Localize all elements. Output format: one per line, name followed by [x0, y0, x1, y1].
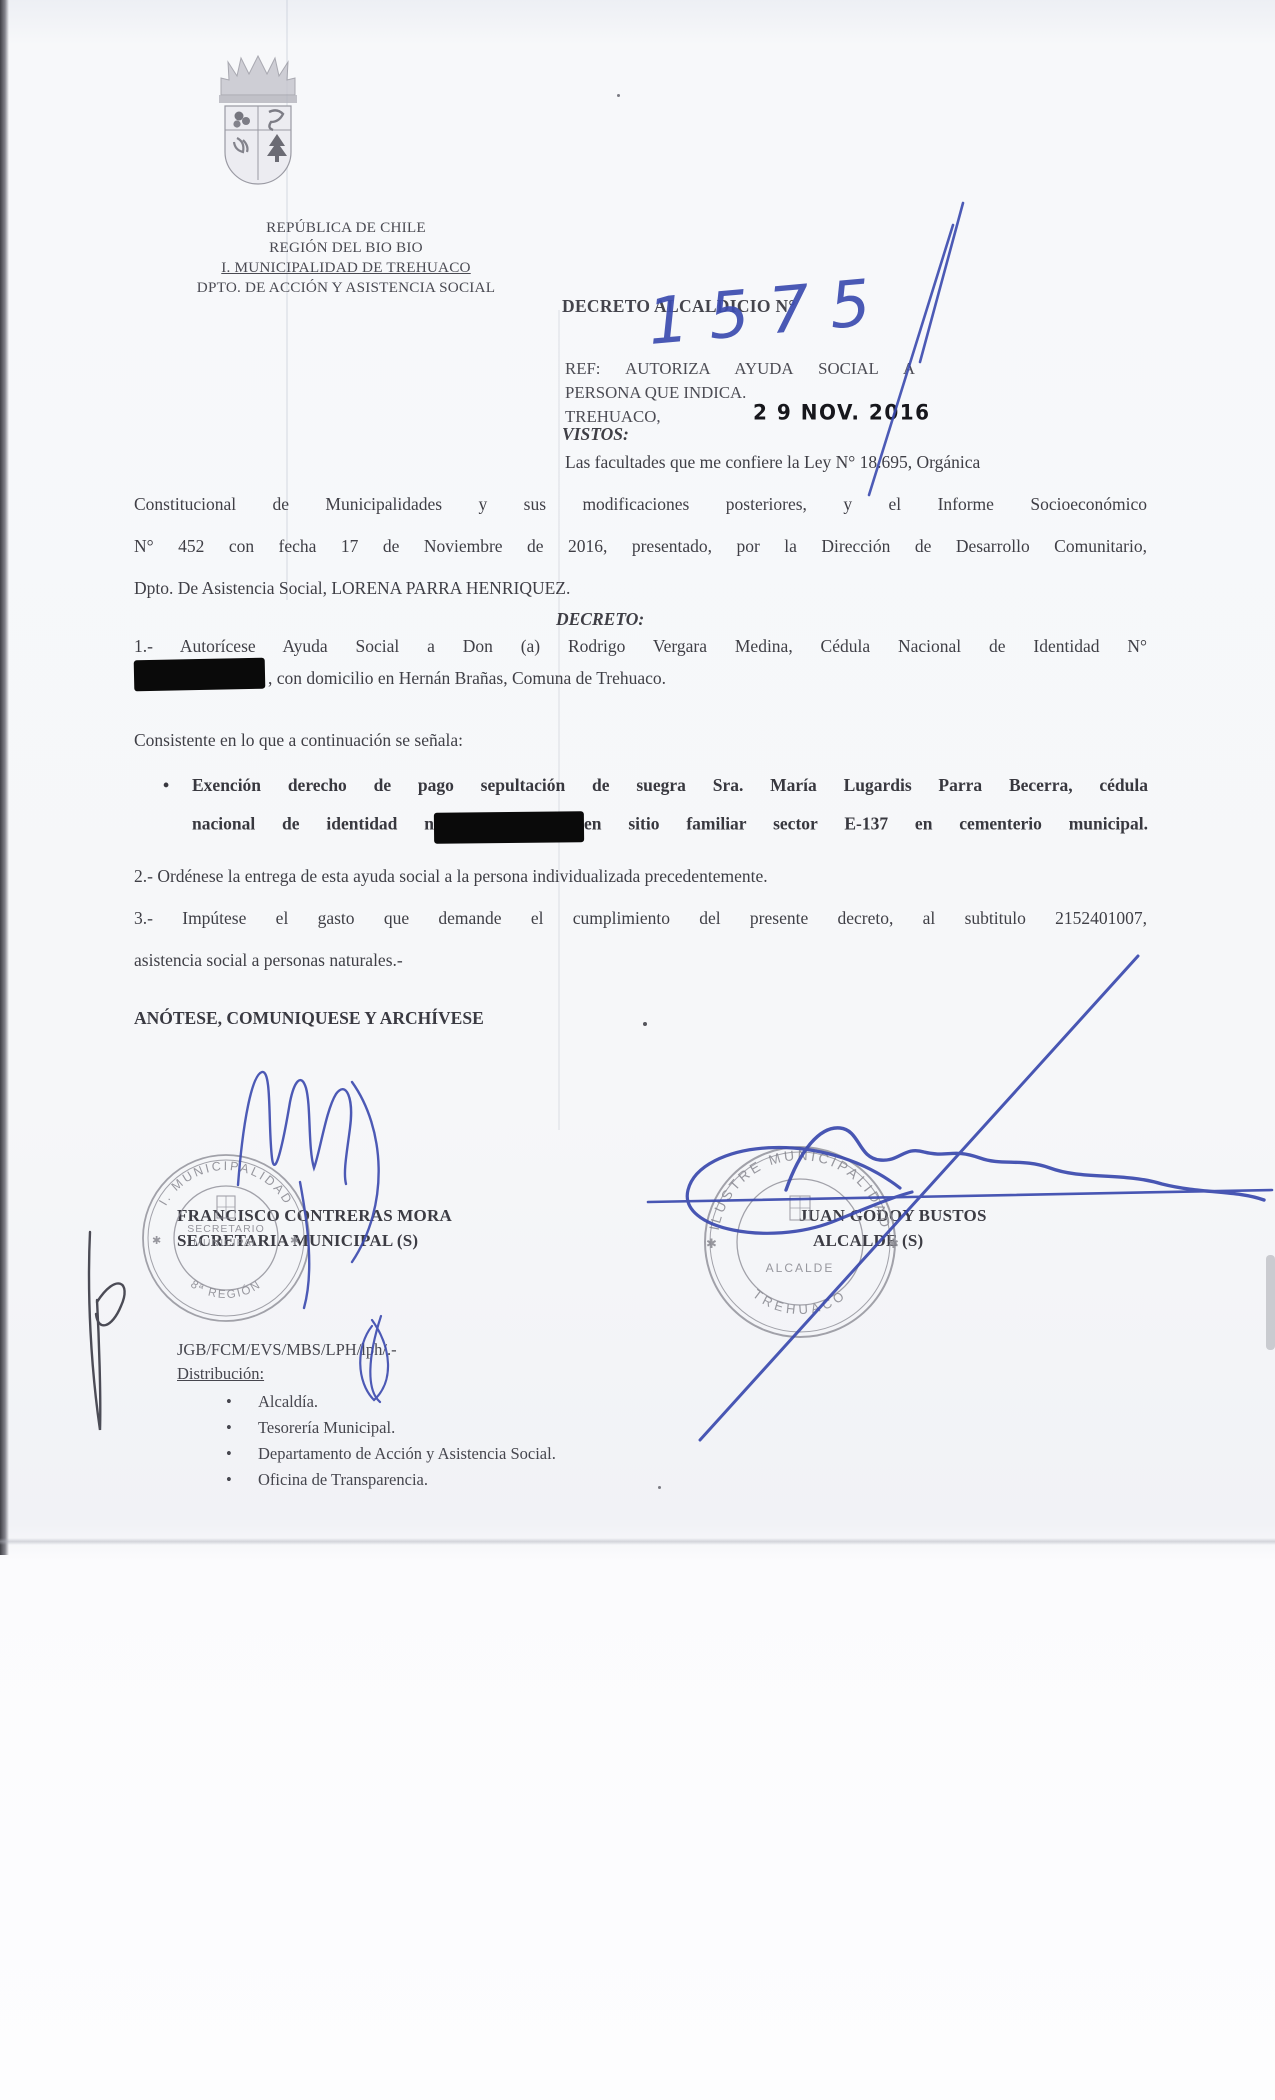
alcalde-signature-ink [648, 956, 1272, 1440]
date-stamp: 2 9 NOV. 2016 [753, 399, 931, 425]
margin-pen-mark [89, 1232, 125, 1430]
svg-text:✱: ✱ [152, 1235, 161, 1247]
scan-speck [658, 1486, 661, 1489]
distribution-item-label: Alcaldía. [258, 1392, 318, 1411]
initials-line: JGB/FCM/EVS/MBS/LPH/lph/.- [177, 1340, 397, 1360]
redacted-id-box-2 [434, 811, 584, 844]
distribution-item: •Departamento de Acción y Asistencia Soc… [226, 1444, 556, 1464]
svg-text:TREHUACO: TREHUACO [750, 1286, 850, 1317]
distribution-item: •Tesorería Municipal. [226, 1418, 395, 1438]
letterhead-municipality: I. MUNICIPALIDAD DE TREHUACO [128, 258, 564, 278]
scan-seam-band [0, 1538, 1275, 1545]
list-bullet: • [226, 1444, 258, 1464]
signature-block-mayor: JUAN GODOY BUSTOS ALCALDE (S) [799, 1203, 987, 1253]
scan-left-edge-shadow [0, 0, 9, 1555]
distribution-item-label: Tesorería Municipal. [258, 1418, 395, 1437]
bullet-marker: • [163, 775, 169, 796]
distribution-item-label: Oficina de Transparencia. [258, 1470, 428, 1489]
paper-fold-line [558, 310, 560, 1130]
secretary-name: FRANCISCO CONTRERAS MORA [177, 1203, 452, 1228]
bullet-line-2-before: nacional de identidad n [192, 814, 434, 834]
list-bullet: • [226, 1470, 258, 1490]
vistos-line-1: Las facultades que me confiere la Ley N°… [565, 452, 980, 473]
letterhead-region: REGIÓN DEL BIO BIO [128, 238, 564, 258]
secretary-title: SECRETARIA MUNICIPAL (S) [177, 1228, 452, 1253]
decree-title: DECRETO ALCALDICIO N° [562, 296, 796, 317]
scan-speck [617, 94, 620, 97]
signature-block-secretary: FRANCISCO CONTRERAS MORA SECRETARIA MUNI… [177, 1203, 452, 1253]
mayor-name: JUAN GODOY BUSTOS [799, 1203, 987, 1228]
closing-order: ANÓTESE, COMUNIQUESE Y ARCHÍVESE [134, 1008, 484, 1029]
decreto-item-3-line-1: 3.- Impútese el gasto que demande el cum… [134, 908, 1147, 929]
svg-text:I. MUNICIPALIDAD: I. MUNICIPALIDAD [156, 1159, 295, 1208]
svg-text:8ª REGIÓN: 8ª REGIÓN [188, 1279, 264, 1302]
letterhead-department: DPTO. DE ACCIÓN Y ASISTENCIA SOCIAL [128, 278, 564, 298]
mayor-title: ALCALDE (S) [813, 1228, 987, 1253]
bullet-line-2: nacional de identidad nen sitio familiar… [192, 810, 1148, 841]
svg-text:✱: ✱ [706, 1236, 717, 1251]
vistos-label: VISTOS: [562, 424, 629, 445]
scan-speck [643, 1022, 647, 1026]
vistos-line-2: Constitucional de Municipalidades y sus … [134, 494, 1147, 515]
bullet-line-2-after: en sitio familiar sector E-137 en cement… [584, 814, 1148, 834]
vistos-line-4: Dpto. De Asistencia Social, LORENA PARRA… [134, 578, 570, 599]
secretary-signature-ink [238, 1072, 379, 1308]
scanned-decree-page: REPÚBLICA DE CHILE REGIÓN DEL BIO BIO I.… [0, 0, 1275, 2100]
list-bullet: • [226, 1392, 258, 1412]
ref-line-1: REF: AUTORIZA AYUDA SOCIAL A [565, 357, 915, 381]
decreto-item-1-line-2: , con domicilio en Hernán Brañas, Comuna… [268, 668, 666, 689]
letterhead-country: REPÚBLICA DE CHILE [128, 218, 564, 238]
letterhead: REPÚBLICA DE CHILE REGIÓN DEL BIO BIO I.… [128, 218, 564, 298]
item-1-text: Ayuda Social a Don (a) Rodrigo Vergara M… [256, 636, 1147, 656]
item-1-number: 1.- Autorícese [134, 636, 256, 656]
decreto-item-2: 2.- Ordénese la entrega de esta ayuda so… [134, 866, 768, 887]
distribution-item: •Oficina de Transparencia. [226, 1470, 428, 1490]
decreto-label: DECRETO: [556, 609, 644, 630]
consistente-line: Consistente en lo que a continuación se … [134, 730, 463, 751]
decreto-item-3-line-2: asistencia social a personas naturales.- [134, 950, 403, 971]
svg-text:ALCALDE: ALCALDE [766, 1261, 835, 1275]
redacted-id-box [134, 658, 266, 692]
distribution-item: •Alcaldía. [226, 1392, 318, 1412]
scan-edge-smudge [1266, 1255, 1275, 1350]
bullet-line-1: Exención derecho de pago sepultación de … [192, 775, 1148, 796]
decreto-item-1-line-1: 1.- Autorícese Ayuda Social a Don (a) Ro… [134, 636, 1147, 657]
distribution-item-label: Departamento de Acción y Asistencia Soci… [258, 1444, 556, 1463]
list-bullet: • [226, 1418, 258, 1438]
distribution-label: Distribución: [177, 1364, 264, 1384]
vistos-line-3: N° 452 con fecha 17 de Noviembre de 2016… [134, 536, 1147, 557]
